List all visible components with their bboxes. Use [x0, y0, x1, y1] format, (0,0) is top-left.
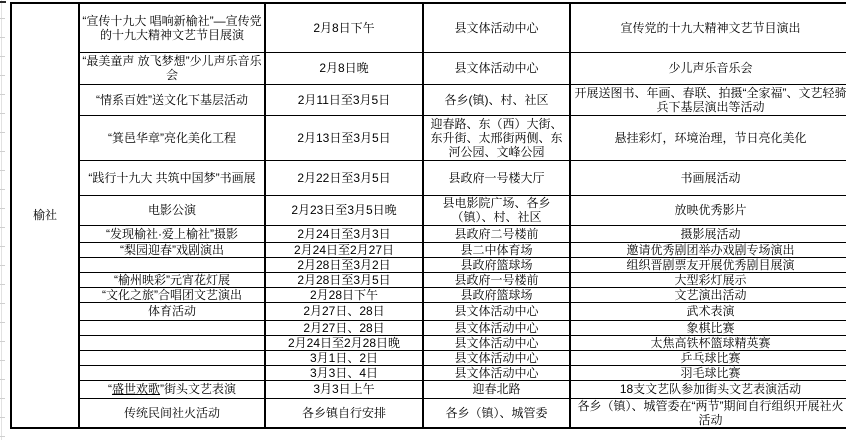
location-cell[interactable]: 县政府篮球场 [423, 257, 570, 272]
activity-cell[interactable]: 电影公演 [79, 195, 265, 225]
location-cell[interactable]: 县文体活动中心 [423, 350, 570, 365]
date-cell[interactable]: 2月8日晚 [265, 52, 423, 84]
description-cell[interactable]: 宣传党的十九大精神文艺节目演出 [570, 3, 846, 52]
activity-cell[interactable]: “盛世欢歌”街头文艺表演 [79, 380, 265, 398]
description-cell[interactable]: 文艺演出活动 [570, 287, 846, 302]
description-cell[interactable]: 悬挂彩灯，环境治理，节日亮化美化 [570, 115, 846, 160]
activity-cell[interactable]: “发现榆社·爱上榆社”摄影 [79, 225, 265, 242]
description-cell[interactable]: 太焦高铁杯篮球精英赛 [570, 335, 846, 350]
table-row: 2月24日至2月28日晚 县文体活动中心 太焦高铁杯篮球精英赛 [11, 335, 846, 350]
table-row: 体育活动 2月27日、28日 县文体活动中心 武术表演 [11, 302, 846, 320]
location-cell[interactable]: 各乡(镇)、村、社区 [423, 84, 570, 115]
description-cell[interactable]: 大型彩灯展示 [570, 272, 846, 287]
description-cell[interactable]: 象棋比赛 [570, 320, 846, 335]
table-row: “情系百姓”送文化下基层活动 2月11日至3月5日 各乡(镇)、村、社区 开展送… [11, 84, 846, 115]
date-cell[interactable]: 各乡镇自行安排 [265, 398, 423, 428]
location-cell[interactable]: 县政府二号楼前 [423, 225, 570, 242]
location-cell[interactable]: 县文体活动中心 [423, 302, 570, 320]
date-cell[interactable]: 2月28日至3月2日 [265, 257, 423, 272]
date-cell[interactable]: 3月3日上午 [265, 380, 423, 398]
description-cell[interactable]: 组织晋剧票友开展优秀剧目展演 [570, 257, 846, 272]
location-cell[interactable]: 各乡（镇）、城管委 [423, 398, 570, 428]
activity-cell[interactable]: “情系百姓”送文化下基层活动 [79, 84, 265, 115]
location-cell[interactable]: 迎春路、东（西）大街、东升街、太邢街两侧、东河公园、文峰公园 [423, 115, 570, 160]
activity-cell[interactable]: “箕邑华章”亮化美化工程 [79, 115, 265, 160]
date-cell[interactable]: 2月24日至2月28日晚 [265, 335, 423, 350]
location-cell[interactable]: 县政府篮球场 [423, 287, 570, 302]
date-cell[interactable]: 2月13日至3月5日 [265, 115, 423, 160]
description-cell[interactable]: 放映优秀影片 [570, 195, 846, 225]
date-cell[interactable]: 2月8日下午 [265, 3, 423, 52]
table-row: 2月27日、28日 县文体活动中心 象棋比赛 [11, 320, 846, 335]
activity-cell[interactable] [79, 257, 265, 272]
bottom-margin [0, 440, 846, 446]
date-cell[interactable]: 2月11日至3月5日 [265, 84, 423, 115]
date-cell[interactable]: 3月3日、4日 [265, 365, 423, 380]
table-row: 电影公演 2月23日至3月5日晚 县电影院广场、各乡（镇）、村、社区 放映优秀影… [11, 195, 846, 225]
description-cell[interactable]: 摄影展活动 [570, 225, 846, 242]
activity-cell[interactable]: “榆州映彩”元宵花灯展 [79, 272, 265, 287]
spreadsheet-view: 榆社 “宣传十九大 唱响新榆社”—宣传党的十九大精神文艺节目展演 2月8日下午 … [0, 0, 846, 446]
description-cell[interactable]: 开展送图书、年画、春联、拍摄“全家福”、文艺轻骑兵下基层演出等活动 [570, 84, 846, 115]
description-cell[interactable]: 少儿声乐音乐会 [570, 52, 846, 84]
left-row-gridlines [0, 0, 5, 446]
description-cell[interactable]: 各乡（镇）、城管委在“两节”期间自行组织开展社火活动 [570, 398, 846, 428]
date-cell[interactable]: 2月24日至3月3日 [265, 225, 423, 242]
date-cell[interactable]: 2月24日至2月27日 [265, 242, 423, 257]
date-cell[interactable]: 2月28日至3月5日 [265, 272, 423, 287]
activity-cell[interactable] [79, 335, 265, 350]
description-cell[interactable]: 书画展活动 [570, 160, 846, 195]
date-cell[interactable]: 2月22日至3月5日 [265, 160, 423, 195]
activity-underlined-text: 盛世欢歌 [112, 382, 160, 396]
table-row: “最美童声 放飞梦想”少儿声乐音乐会 2月8日晚 县文体活动中心 少儿声乐音乐会 [11, 52, 846, 84]
schedule-table: 榆社 “宣传十九大 唱响新榆社”—宣传党的十九大精神文艺节目展演 2月8日下午 … [10, 2, 846, 429]
location-cell[interactable]: 迎春北路 [423, 380, 570, 398]
description-cell[interactable]: 18支文艺队参加街头文艺表演活动 [570, 380, 846, 398]
location-cell[interactable]: 县政府一号楼前 [423, 272, 570, 287]
date-cell[interactable]: 2月28日下午 [265, 287, 423, 302]
table-row: 3月3日、4日 县文体活动中心 羽毛球比赛 [11, 365, 846, 380]
date-cell[interactable]: 3月1日、2日 [265, 350, 423, 365]
table-row: “箕邑华章”亮化美化工程 2月13日至3月5日 迎春路、东（西）大街、东升街、太… [11, 115, 846, 160]
activity-cell[interactable]: “文化之旅”合唱团文艺演出 [79, 287, 265, 302]
top-left-border-fragment [0, 1, 6, 3]
location-cell[interactable]: 县二中体育场 [423, 242, 570, 257]
location-cell[interactable]: 县文体活动中心 [423, 365, 570, 380]
date-cell[interactable]: 2月27日、28日 [265, 302, 423, 320]
activity-cell[interactable]: “梨园迎春”戏剧演出 [79, 242, 265, 257]
activity-cell[interactable]: “最美童声 放飞梦想”少儿声乐音乐会 [79, 52, 265, 84]
activity-cell[interactable]: 传统民间社火活动 [79, 398, 265, 428]
table-row: “发现榆社·爱上榆社”摄影 2月24日至3月3日 县政府二号楼前 摄影展活动 [11, 225, 846, 242]
description-cell[interactable]: 邀请优秀剧团举办戏剧专场演出 [570, 242, 846, 257]
table-row: “践行十九大 共筑中国梦”书画展 2月22日至3月5日 县政府一号楼大厅 书画展… [11, 160, 846, 195]
activity-text: ”街头文艺表演 [160, 382, 236, 396]
activity-cell[interactable] [79, 365, 265, 380]
table-row: 传统民间社火活动 各乡镇自行安排 各乡（镇）、城管委 各乡（镇）、城管委在“两节… [11, 398, 846, 428]
location-cell[interactable]: 县文体活动中心 [423, 3, 570, 52]
location-cell[interactable]: 县政府一号楼大厅 [423, 160, 570, 195]
location-cell[interactable]: 县文体活动中心 [423, 320, 570, 335]
table-row: “文化之旅”合唱团文艺演出 2月28日下午 县政府篮球场 文艺演出活动 [11, 287, 846, 302]
activity-cell[interactable] [79, 350, 265, 365]
region-cell[interactable]: 榆社 [11, 3, 79, 428]
activity-cell[interactable]: 体育活动 [79, 302, 265, 320]
table-row: “榆州映彩”元宵花灯展 2月28日至3月5日 县政府一号楼前 大型彩灯展示 [11, 272, 846, 287]
date-cell[interactable]: 2月23日至3月5日晚 [265, 195, 423, 225]
left-margin [0, 0, 10, 446]
activity-cell[interactable]: “宣传十九大 唱响新榆社”—宣传党的十九大精神文艺节目展演 [79, 3, 265, 52]
location-cell[interactable]: 县文体活动中心 [423, 335, 570, 350]
activity-cell[interactable]: “践行十九大 共筑中国梦”书画展 [79, 160, 265, 195]
activity-cell[interactable] [79, 320, 265, 335]
table-row: 3月1日、2日 县文体活动中心 乒乓球比赛 [11, 350, 846, 365]
location-cell[interactable]: 县电影院广场、各乡（镇）、村、社区 [423, 195, 570, 225]
description-cell[interactable]: 羽毛球比赛 [570, 365, 846, 380]
table-row: “盛世欢歌”街头文艺表演 3月3日上午 迎春北路 18支文艺队参加街头文艺表演活… [11, 380, 846, 398]
date-cell[interactable]: 2月27日、28日 [265, 320, 423, 335]
location-cell[interactable]: 县文体活动中心 [423, 52, 570, 84]
description-cell[interactable]: 武术表演 [570, 302, 846, 320]
table-row: 榆社 “宣传十九大 唱响新榆社”—宣传党的十九大精神文艺节目展演 2月8日下午 … [11, 3, 846, 52]
description-cell[interactable]: 乒乓球比赛 [570, 350, 846, 365]
table-row: “梨园迎春”戏剧演出 2月24日至2月27日 县二中体育场 邀请优秀剧团举办戏剧… [11, 242, 846, 257]
table-row: 2月28日至3月2日 县政府篮球场 组织晋剧票友开展优秀剧目展演 [11, 257, 846, 272]
